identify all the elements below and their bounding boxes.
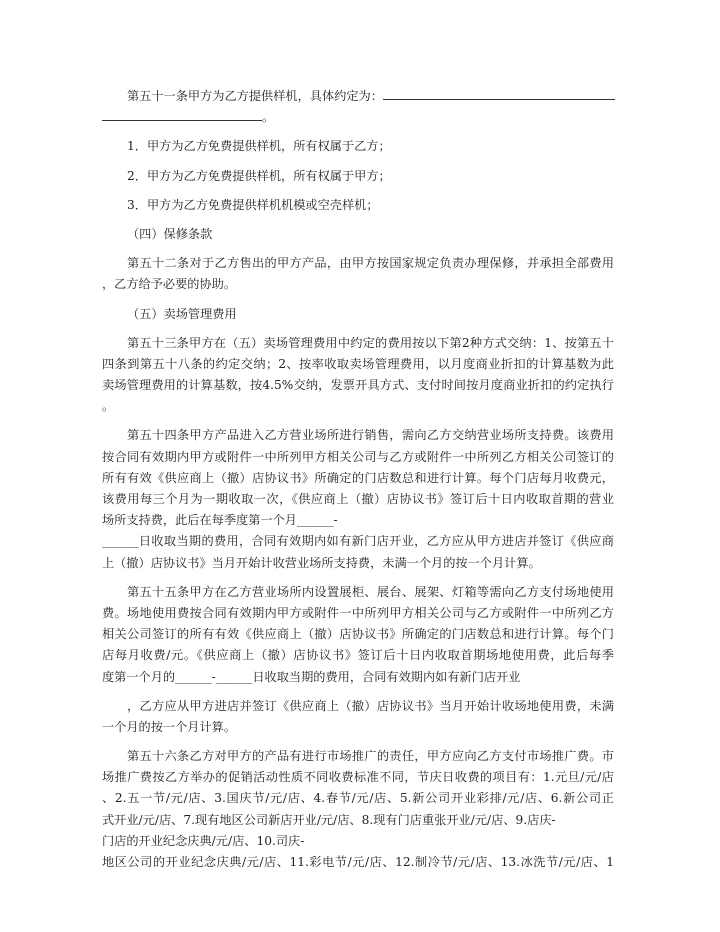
art55-line: 第五十五条甲方在乙方营业场所内设置展柜、展台、展架、灯箱等需向乙方支付场地使用 — [102, 582, 614, 603]
art55-line: 费。场地使用费按合同有效期内甲方或附件一中所列甲方相关公司与乙方或附件一中所列乙… — [102, 603, 614, 624]
art53-line: 卖场管理费用的计算基数，按4.5%交纳，发票开具方式、支付时间按月度商业折扣的约… — [102, 375, 614, 396]
art54-line: 按合同有效期内甲方或附件一中所列甲方相关公司与乙方或附件一中所列乙方相关公司签订… — [102, 447, 614, 468]
art54-line: 场所支持费，此后在每季度第一个月______- — [102, 510, 614, 531]
art53-line: 。 — [102, 396, 614, 417]
art54-line: 所有有效《供应商上（撤）店协议书》所确定的门店数总和进行计算。每个门店每月收费元… — [102, 468, 614, 489]
art55-line: 度第一个月的______-______日收取当期的费用，合同有效期内如有新门店开… — [102, 667, 614, 688]
art54-line: 该费用每三个月为一期收取一次，《供应商上（撤）店协议书》签订后十日内收取首期的营… — [102, 489, 614, 510]
art55-line: 店每月收费/元。《供应商上（撤）店协议书》签订后十日内收取首期场地使用费，此后每… — [102, 645, 614, 666]
blank-field — [102, 108, 262, 121]
art51-option-1: 1．甲方为乙方免费提供样机，所有权属于乙方； — [102, 136, 614, 157]
art51-text: 第五十一条甲方为乙方提供样机，具体约定为： — [127, 89, 383, 103]
document-page: 第五十一条甲方为乙方提供样机，具体约定为： 。 1．甲方为乙方免费提供样机，所有… — [102, 86, 614, 873]
art51-option-3: 3．甲方为乙方免费提供样机机模或空壳样机； — [102, 195, 614, 216]
art56-line: 第五十六条乙方对甲方的产品有进行市场推广的责任，甲方应向乙方支付市场推广费。市 — [102, 746, 614, 767]
art55-line: 相关公司签订的所有有效《供应商上（撤）店协议书》所确定的门店数总和进行计算。每个… — [102, 624, 614, 645]
art53-line: 第五十三条甲方在（五）卖场管理费用中约定的费用按以下第2种方式交纳：1、按第五十 — [102, 333, 614, 354]
art52-line: ，乙方给予必要的协助。 — [102, 274, 614, 295]
section-heading-5: （五）卖场管理费用 — [102, 304, 614, 325]
art56-line: 门店的开业纪念庆典/元/店、10.司庆- — [102, 831, 614, 852]
art55b-line: 一个月的按一个月计算。 — [102, 717, 614, 738]
section-heading-4: （四）保修条款 — [102, 224, 614, 245]
art54-line: ______日收取当期的费用，合同有效期内如有新门店开业，乙方应从甲方进店并签订… — [102, 531, 614, 552]
art56-line: 式开业/元/店、7.现有地区公司新店开业/元/店、8.现有门店重张开业/元/店、… — [102, 810, 614, 831]
art51-line1: 第五十一条甲方为乙方提供样机，具体约定为： — [102, 86, 614, 107]
art54-line: 上（撤）店协议书》当月开始计收营业场所支持费，未满一个月的按一个月计算。 — [102, 553, 614, 574]
art54-line: 第五十四条甲方产品进入乙方营业场所进行销售，需向乙方交纳营业场所支持费。该费用 — [102, 425, 614, 446]
art56-line: 、2.五一节/元/店、3.国庆节/元/店、4.春节/元/店、5.新公司开业彩排/… — [102, 788, 614, 809]
blank-field — [383, 87, 615, 100]
period: 。 — [262, 110, 274, 124]
art51-line2: 。 — [102, 107, 614, 128]
art51-option-2: 2．甲方为乙方免费提供样机，所有权属于甲方； — [102, 166, 614, 187]
art56-line: 地区公司的开业纪念庆典/元/店、11.彩电节/元/店、12.制冷节/元/店、13… — [102, 852, 614, 873]
art53-line: 四条到第五十八条的约定交纳；2、按率收取卖场管理费用，以月度商业折扣的计算基数为… — [102, 354, 614, 375]
art55b-line: ，乙方应从甲方进店并签订《供应商上（撤）店协议书》当月开始计收场地使用费，未满 — [102, 696, 614, 717]
art56-line: 场推广费按乙方举办的促销活动性质不同收费标准不同，节庆日收费的项目有：1.元旦/… — [102, 767, 614, 788]
art52-line: 第五十二条对于乙方售出的甲方产品，由甲方按国家规定负责办理保修，并承担全部费用 — [102, 253, 614, 274]
